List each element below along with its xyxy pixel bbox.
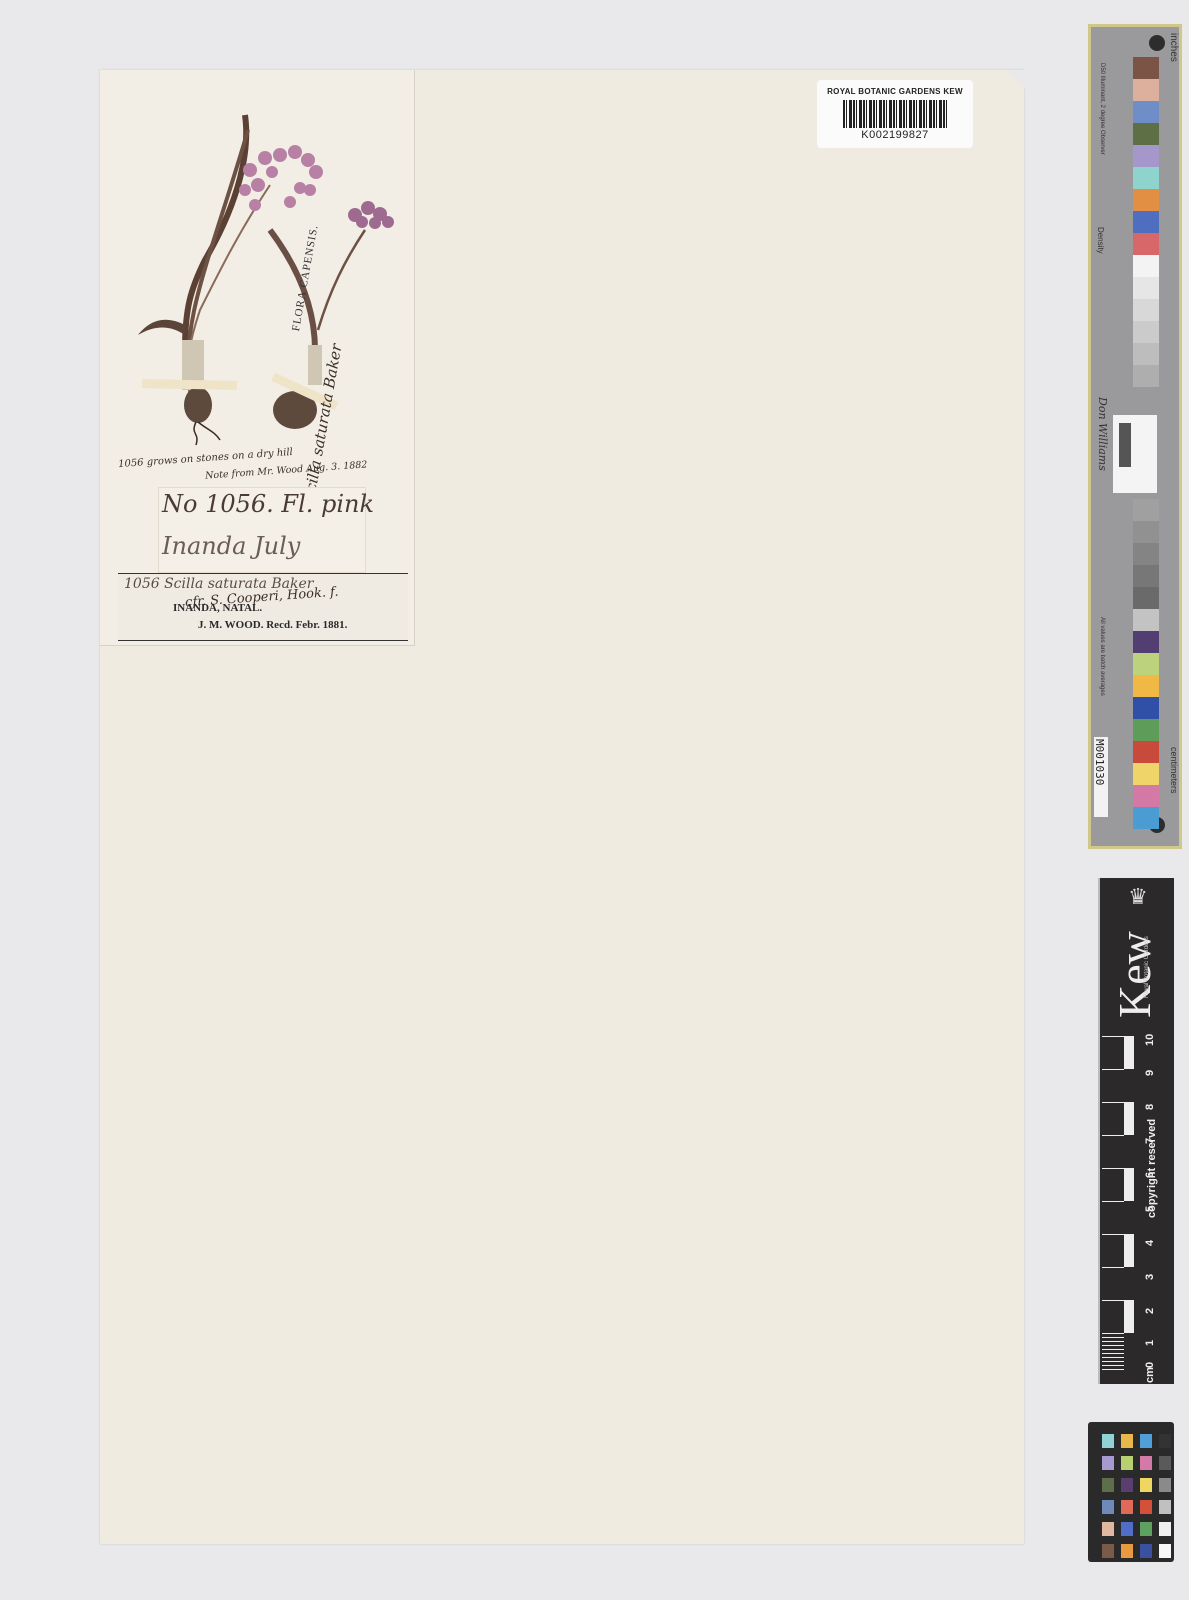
- scale-number: 4: [1144, 1240, 1156, 1246]
- inches-label: inches: [1168, 33, 1179, 62]
- copyright-text: copyright reserved: [1146, 1119, 1158, 1218]
- scale-number: 7: [1144, 1138, 1156, 1144]
- barcode-icon: [843, 100, 947, 128]
- color-checker-grid: [1102, 1434, 1171, 1558]
- cm-ruler: [1102, 1036, 1136, 1370]
- collector-label-number: No 1056. Fl. pink: [162, 490, 374, 518]
- scale-number: 5: [1144, 1206, 1156, 1212]
- kew-logo: Kew: [1108, 931, 1161, 1018]
- swatch-column-bottom: [1133, 499, 1159, 829]
- centimeters-label: centimeters: [1169, 747, 1179, 794]
- cm-label: cm: [1144, 1367, 1156, 1383]
- batch-note: All values are batch averages: [1099, 617, 1105, 696]
- collector-received-text: J. M. WOOD. Recd. Febr. 1881.: [198, 619, 347, 631]
- scale-number: 2: [1144, 1308, 1156, 1314]
- swatch-column-top: [1133, 57, 1159, 387]
- kew-scale-bar: ♛ Kew Royal Botanic Gardens copyright re…: [1098, 878, 1174, 1384]
- don-williams-brand: Don Williams: [1096, 397, 1109, 471]
- scale-number: 1: [1144, 1340, 1156, 1346]
- color-checker-card: [1088, 1422, 1174, 1562]
- scale-number: 8: [1144, 1104, 1156, 1110]
- color-bar-code: M001030: [1094, 737, 1108, 817]
- density-label: Density: [1096, 227, 1105, 254]
- kew-barcode-label: ROYAL BOTANIC GARDENS KEW K002199827: [817, 80, 973, 148]
- barcode-number: K002199827: [817, 129, 973, 141]
- royal-crest-icon: ♛: [1120, 884, 1156, 914]
- color-calibration-bar: inches D50 Illuminant, 2 degree Observer…: [1088, 24, 1182, 849]
- institution-name: ROYAL BOTANIC GARDENS KEW: [817, 87, 973, 96]
- illuminant-label: D50 Illuminant, 2 degree Observer: [1099, 63, 1105, 155]
- scale-number: 6: [1144, 1172, 1156, 1178]
- kew-subtitle: Royal Botanic Gardens: [1144, 936, 1150, 998]
- registration-dot-icon: [1149, 35, 1165, 51]
- sheet-corner: [1006, 70, 1026, 90]
- scale-number: 9: [1144, 1070, 1156, 1076]
- scale-number: 3: [1144, 1274, 1156, 1280]
- scale-number: 10: [1144, 1034, 1156, 1046]
- pressed-plant-specimen: [130, 110, 400, 450]
- locality-text: INANDA, NATAL.: [173, 602, 262, 614]
- collector-label-locality: Inanda July: [162, 532, 300, 560]
- resolution-target: [1113, 415, 1157, 493]
